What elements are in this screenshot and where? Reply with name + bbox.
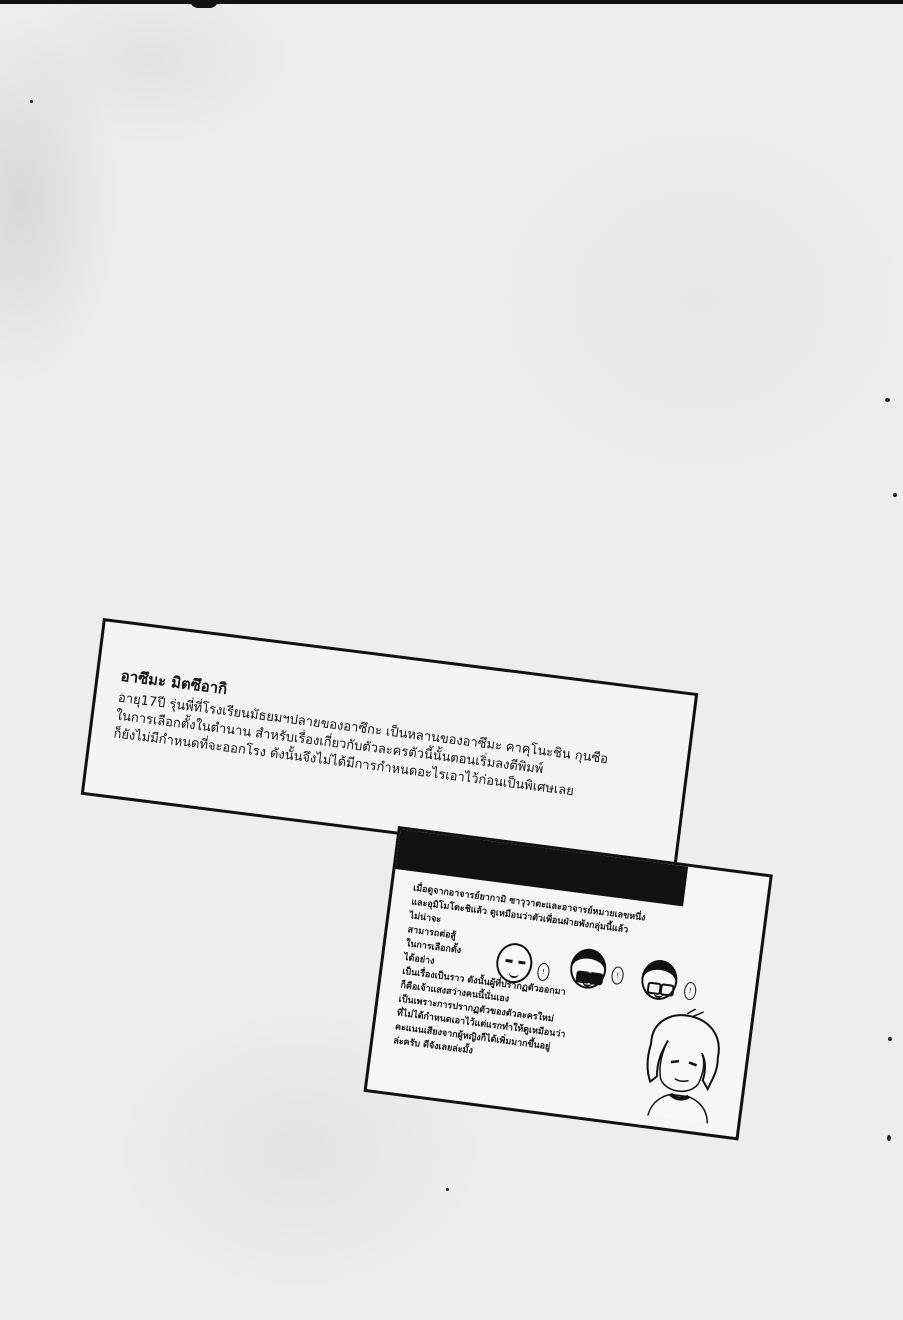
- manga-page: อาซึมะ มิตซึอากิ อายุ17ปี รุ่นพี่ที่โรงเ…: [0, 0, 903, 1320]
- character-portrait-illustration: [628, 1002, 734, 1125]
- speck: [30, 100, 33, 103]
- character-caption-box: อาซึมะ มิตซึอากิ อายุ17ปี รุ่นพี่ที่โรงเ…: [81, 618, 699, 870]
- exclamation-bubble: !: [683, 981, 697, 1000]
- speck: [887, 1135, 891, 1141]
- speck: [893, 493, 897, 497]
- top-border: [0, 0, 903, 4]
- binding-mark: [190, 0, 218, 8]
- speck: [446, 1188, 449, 1191]
- exclamation-bubble: !: [610, 966, 624, 985]
- face-sunglasses-icon: [568, 947, 609, 991]
- exclamation-bubble: !: [536, 962, 550, 981]
- face-icon: [494, 941, 535, 985]
- speck: [885, 398, 890, 402]
- face-glasses-icon: [639, 958, 680, 1002]
- speck: [888, 1037, 892, 1041]
- author-note-panel: เมื่อดูจากอาจารย์ยากามิ ซาวุวาตะและอาจาร…: [363, 826, 772, 1140]
